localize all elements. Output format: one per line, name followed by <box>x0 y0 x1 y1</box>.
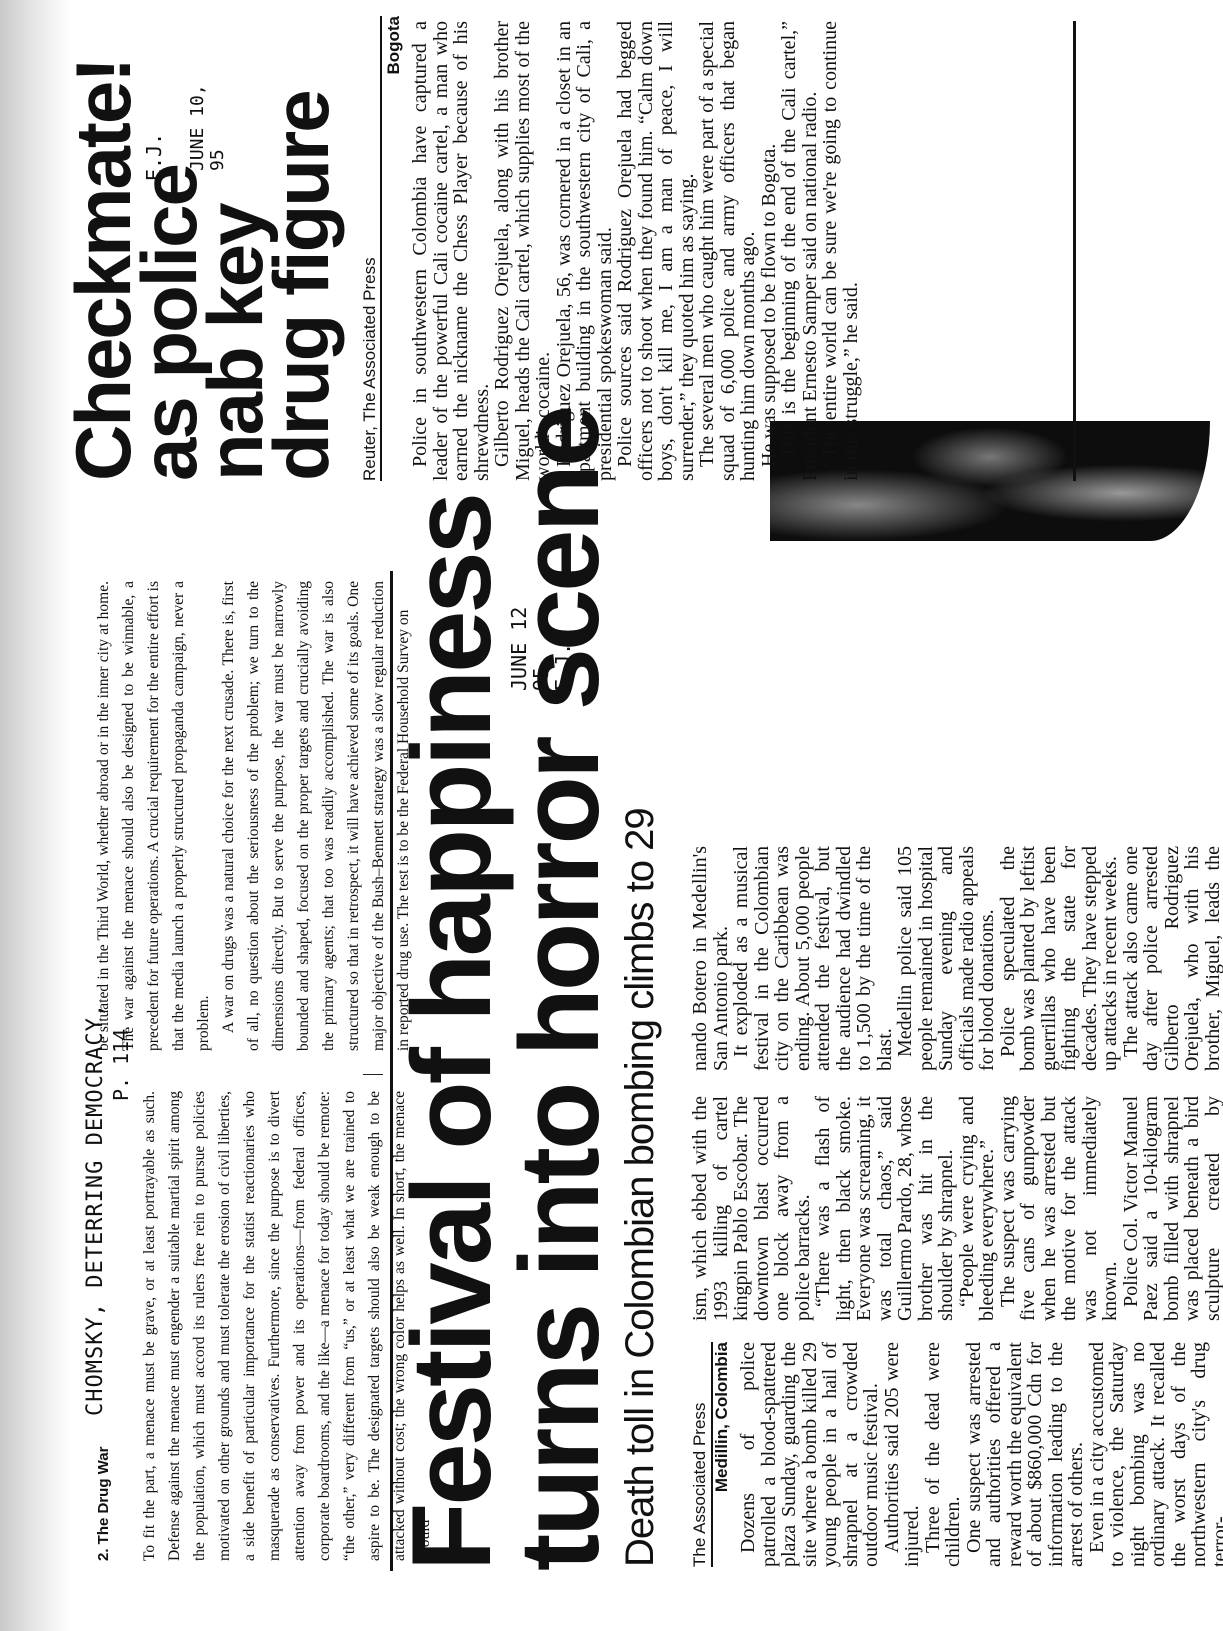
paragraph: Gilberto Rodriguez Orejuela, along with … <box>492 21 554 481</box>
paragraph: “There was a flash of light, then black … <box>813 1096 957 1321</box>
checkmate-byline: Reuter, The Associated Press <box>360 16 382 481</box>
checkmate-body: Police in southwestern Colombia have cap… <box>410 21 861 481</box>
book-column-2: be situated in the Third World, whether … <box>91 581 416 1051</box>
book-paragraph: A war on drugs was a natural choice for … <box>216 581 416 1051</box>
rotated-scanned-page: 2. The Drug War CHOMSKY, DETERRING DEMOC… <box>0 0 1223 1631</box>
paragraph: Police sources said Rodriguez Orejuela h… <box>615 21 697 481</box>
festival-column-2: ism, which ebbed with the 1993 killing o… <box>690 1096 1223 1321</box>
paragraph: Medellin police said 105 people remained… <box>895 846 998 1071</box>
paragraph: One suspect was arrested and authorities… <box>964 1342 1087 1567</box>
paragraph: It exploded as a musical festival in the… <box>731 846 895 1071</box>
paragraph: Police in southwestern Colombia have cap… <box>410 21 492 481</box>
paragraph: Dozens of police patrolled a blood-spatt… <box>738 1342 882 1567</box>
paragraph: He was supposed to be flown to Bogota. <box>759 21 780 481</box>
paragraph: The several men who caught him were part… <box>697 21 759 481</box>
festival-headline: Festival of happiness turns into horror … <box>398 408 614 1571</box>
paragraph: “This is the beginning of the end of the… <box>779 21 820 481</box>
paragraph: Police speculated the bomb was planted b… <box>998 846 1121 1071</box>
festival-dateline: Medillin, Colombia <box>712 1342 732 1567</box>
paragraph: Three of the dead were children. <box>923 1342 964 1567</box>
headline-line-2: turns into horror scene <box>506 408 614 1571</box>
handwritten-date-note: JUNE 12 95 E.J. <box>508 607 574 691</box>
running-head: 2. The Drug War <box>95 1447 112 1561</box>
handwritten-initials: E.J. <box>142 133 166 181</box>
paragraph: Rodriguez Orejuela, 56, was cornered in … <box>554 21 616 481</box>
book-excerpt: 2. The Drug War CHOMSKY, DETERRING DEMOC… <box>95 561 385 1561</box>
column-divider <box>363 1074 383 1075</box>
paragraph: The attack also came one day after polic… <box>1121 846 1223 1071</box>
festival-column-1: Dozens of police patrolled a blood-spatt… <box>738 1342 1223 1567</box>
article-end-rule <box>1073 21 1076 481</box>
checkmate-article: Checkmate! as police nab key drug figure… <box>70 11 1170 481</box>
paragraph: ism, which ebbed with the 1993 killing o… <box>690 1096 813 1321</box>
paragraph: nando Botero in Medellin's San Antonio p… <box>690 846 731 1071</box>
festival-subhead: Death toll in Colombian bombing climbs t… <box>618 808 663 1567</box>
festival-article: Festival of happiness turns into horror … <box>390 481 1210 1571</box>
headline-line-1: Festival of happiness <box>398 408 506 1571</box>
paragraph: Police Col. Victor Manuel Paez said a 10… <box>1121 1096 1223 1321</box>
checkmate-dateline: Bogota <box>384 16 404 481</box>
book-paragraph: be situated in the Third World, whether … <box>91 581 216 1051</box>
paragraph: Even in a city accustomed to violence, t… <box>1087 1342 1223 1567</box>
festival-column-3: nando Botero in Medellin's San Antonio p… <box>690 846 1223 1071</box>
paragraph: “The entire world can be sure we're goin… <box>820 21 861 481</box>
paragraph: “People were crying and bleeding everywh… <box>957 1096 998 1321</box>
handwritten-date: JUNE 10, 95 <box>188 61 228 171</box>
festival-byline: The Associated Press <box>690 1342 713 1567</box>
paragraph: The suspect was carrying five cans of gu… <box>998 1096 1121 1321</box>
paragraph: Authorities said 205 were injured. <box>882 1342 923 1567</box>
headline-line: drug figure <box>268 59 334 481</box>
handwritten-source-note: CHOMSKY, DETERRING DEMOCRACY, <box>83 1003 108 1416</box>
